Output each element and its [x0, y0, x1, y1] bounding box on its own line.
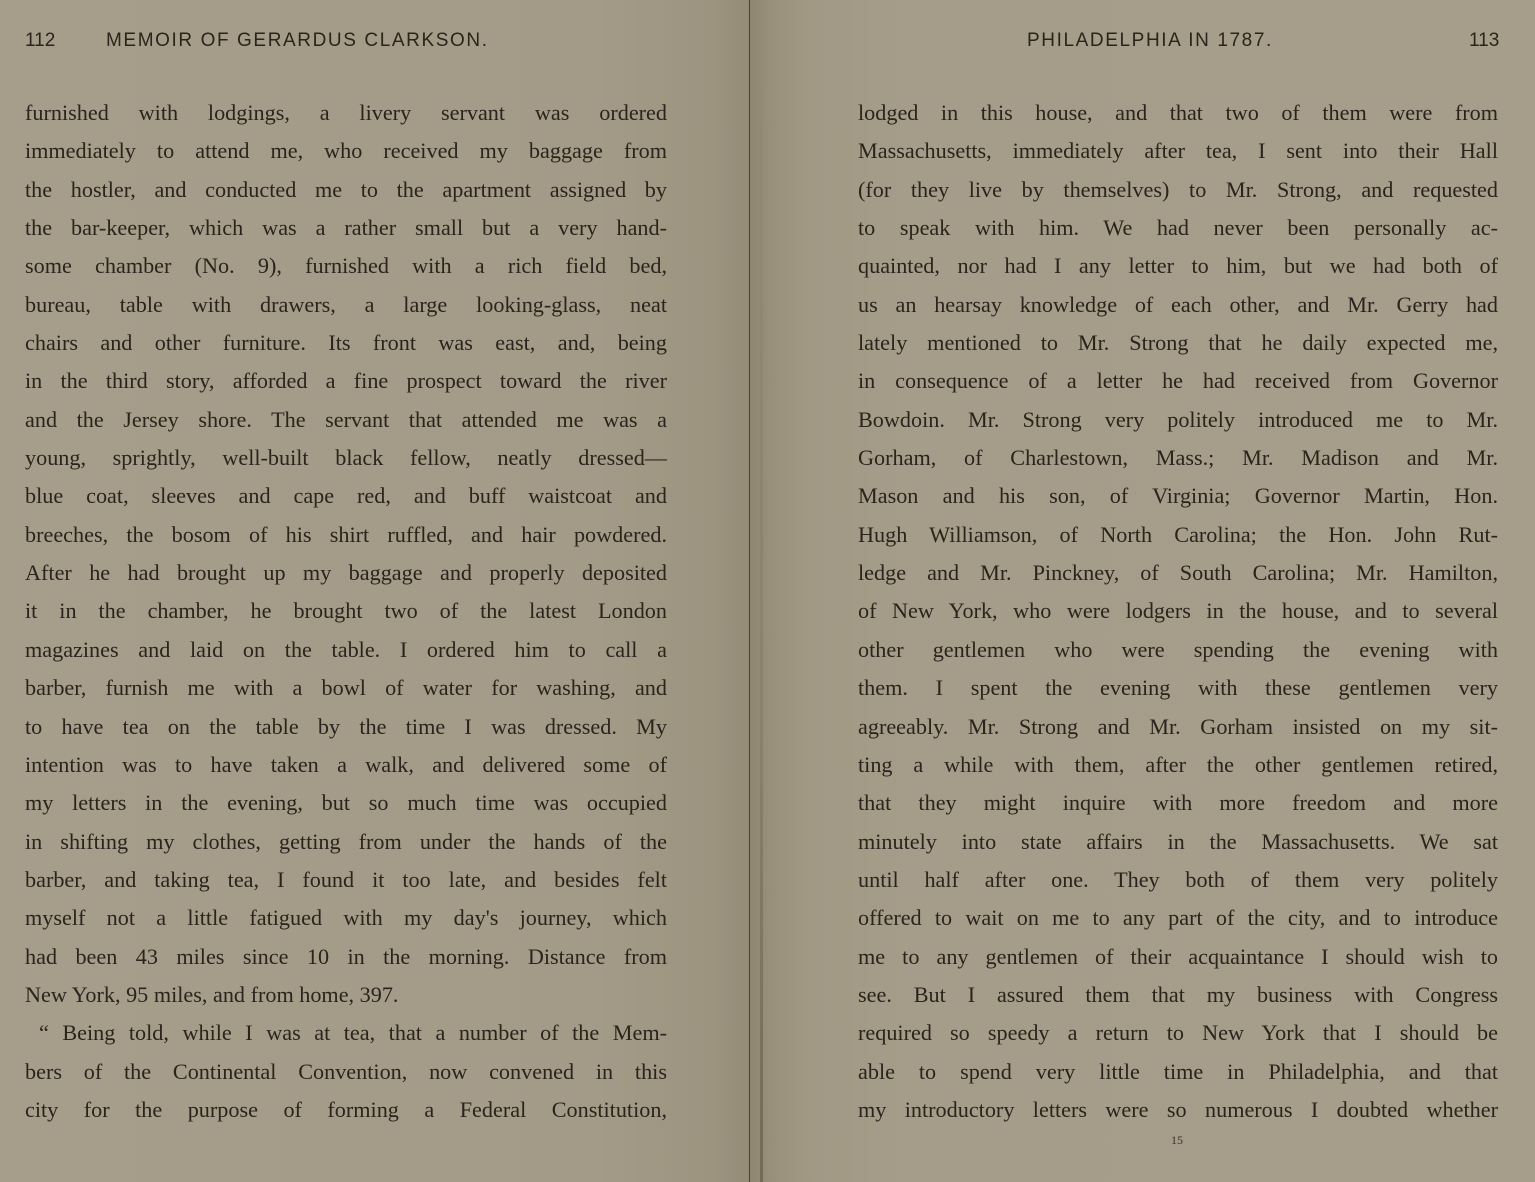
- text-line: quainted, nor had I any letter to him, b…: [858, 247, 1498, 285]
- left-page: 112 MEMOIR OF GERARDUS CLARKSON. furnish…: [0, 0, 749, 1182]
- text-line: of New York, who were lodgers in the hou…: [858, 592, 1498, 630]
- running-head-right: PHILADELPHIA IN 1787.: [1027, 30, 1273, 52]
- text-line: ting a while with them, after the other …: [858, 746, 1498, 784]
- text-line: Gorham, of Charlestown, Mass.; Mr. Madis…: [858, 439, 1498, 477]
- text-line: bers of the Continental Convention, now …: [25, 1053, 667, 1091]
- text-line: blue coat, sleeves and cape red, and buf…: [25, 477, 667, 515]
- text-line: chairs and other furniture. Its front wa…: [25, 324, 667, 362]
- text-line: minutely into state affairs in the Massa…: [858, 823, 1498, 861]
- left-page-body: furnished with lodgings, a livery servan…: [25, 94, 667, 1129]
- book-spread: 112 MEMOIR OF GERARDUS CLARKSON. furnish…: [0, 0, 1535, 1182]
- text-line: the hostler, and conducted me to the apa…: [25, 171, 667, 209]
- right-page-body: lodged in this house, and that two of th…: [858, 94, 1498, 1129]
- text-line-paragraph-end: New York, 95 miles, and from home, 397.: [25, 976, 667, 1014]
- text-line: to have tea on the table by the time I w…: [25, 708, 667, 746]
- text-line: Bowdoin. Mr. Strong very politely introd…: [858, 401, 1498, 439]
- text-line: city for the purpose of forming a Federa…: [25, 1091, 667, 1129]
- text-line: the bar-keeper, which was a rather small…: [25, 209, 667, 247]
- text-line: lately mentioned to Mr. Strong that he d…: [858, 324, 1498, 362]
- text-line: some chamber (No. 9), furnished with a r…: [25, 247, 667, 285]
- text-line: until half after one. They both of them …: [858, 861, 1498, 899]
- text-line: them. I spent the evening with these gen…: [858, 669, 1498, 707]
- text-line: in the third story, afforded a fine pros…: [25, 362, 667, 400]
- text-line: that they might inquire with more freedo…: [858, 784, 1498, 822]
- text-line-paragraph-start: “ Being told, while I was at tea, that a…: [25, 1014, 667, 1052]
- text-line: breeches, the bosom of his shirt ruffled…: [25, 516, 667, 554]
- text-line: bureau, table with drawers, a large look…: [25, 286, 667, 324]
- text-line: Mason and his son, of Virginia; Governor…: [858, 477, 1498, 515]
- page-number-right: 113: [1469, 30, 1499, 52]
- text-line: myself not a little fatigued with my day…: [25, 899, 667, 937]
- text-line: barber, and taking tea, I found it too l…: [25, 861, 667, 899]
- text-line: young, sprightly, well-built black fello…: [25, 439, 667, 477]
- text-line: immediately to attend me, who received m…: [25, 132, 667, 170]
- text-line: it in the chamber, he brought two of the…: [25, 592, 667, 630]
- right-page: PHILADELPHIA IN 1787. 113 lodged in this…: [750, 0, 1535, 1182]
- text-line: intention was to have taken a walk, and …: [25, 746, 667, 784]
- signature-mark: 15: [1171, 1133, 1183, 1148]
- text-line: agreeably. Mr. Strong and Mr. Gorham ins…: [858, 708, 1498, 746]
- text-line: After he had brought up my baggage and p…: [25, 554, 667, 592]
- text-line: in consequence of a letter he had receiv…: [858, 362, 1498, 400]
- text-line: us an hearsay knowledge of each other, a…: [858, 286, 1498, 324]
- text-line: to speak with him. We had never been per…: [858, 209, 1498, 247]
- text-line: offered to wait on me to any part of the…: [858, 899, 1498, 937]
- page-number-left: 112: [25, 30, 55, 52]
- text-line: barber, furnish me with a bowl of water …: [25, 669, 667, 707]
- binding-shadow: [760, 0, 763, 1182]
- text-line: able to spend very little time in Philad…: [858, 1053, 1498, 1091]
- text-line: me to any gentlemen of their acquaintanc…: [858, 938, 1498, 976]
- text-line: ledge and Mr. Pinckney, of South Carolin…: [858, 554, 1498, 592]
- text-line: in shifting my clothes, getting from und…: [25, 823, 667, 861]
- text-line: (for they live by themselves) to Mr. Str…: [858, 171, 1498, 209]
- text-line: other gentlemen who were spending the ev…: [858, 631, 1498, 669]
- text-line: and the Jersey shore. The servant that a…: [25, 401, 667, 439]
- text-line: furnished with lodgings, a livery servan…: [25, 94, 667, 132]
- text-line: my letters in the evening, but so much t…: [25, 784, 667, 822]
- text-line: required so speedy a return to New York …: [858, 1014, 1498, 1052]
- text-line: see. But I assured them that my business…: [858, 976, 1498, 1014]
- text-line: magazines and laid on the table. I order…: [25, 631, 667, 669]
- text-line: Massachusetts, immediately after tea, I …: [858, 132, 1498, 170]
- text-line: had been 43 miles since 10 in the mornin…: [25, 938, 667, 976]
- text-line: lodged in this house, and that two of th…: [858, 94, 1498, 132]
- running-head-left: MEMOIR OF GERARDUS CLARKSON.: [106, 30, 489, 52]
- text-line: Hugh Williamson, of North Carolina; the …: [858, 516, 1498, 554]
- text-line: my introductory letters were so numerous…: [858, 1091, 1498, 1129]
